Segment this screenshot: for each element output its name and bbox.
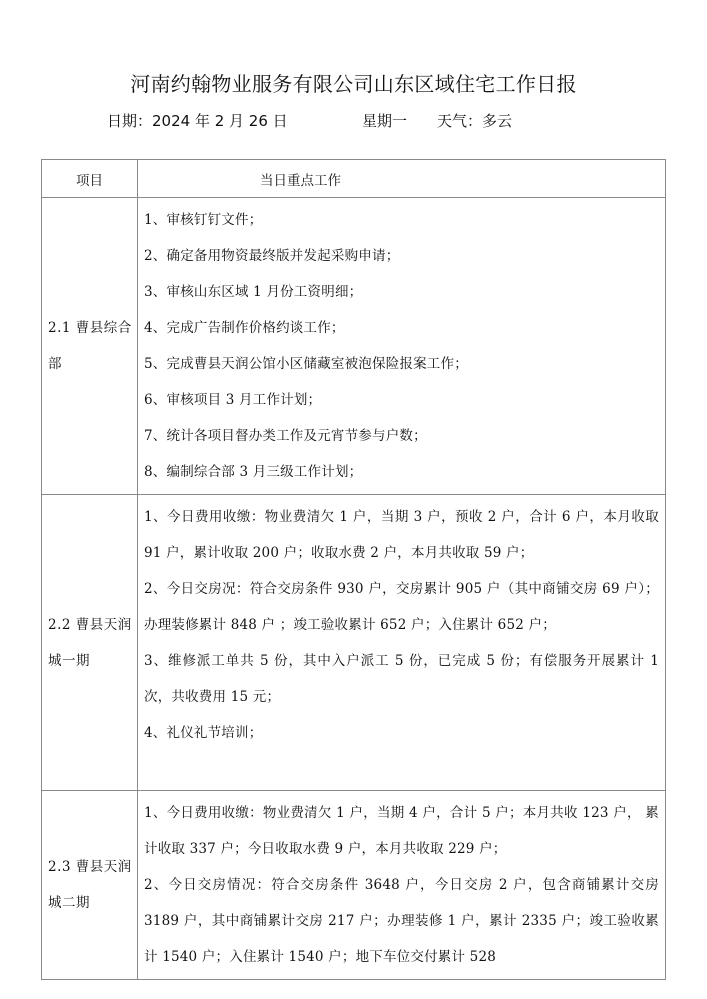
work-item: 1、今日费用收缴：物业费清欠 1 户，当期 4 户，合计 5 户；本月共收 12… bbox=[144, 795, 659, 867]
report-weather: 天气：多云 bbox=[437, 110, 512, 131]
work-item: 1、审核钉钉文件； bbox=[144, 202, 659, 238]
table-row: 2.1 曹县综合部 1、审核钉钉文件； 2、确定备用物资最终版并发起采购申请； … bbox=[42, 198, 666, 495]
report-date: 日期：2024 年 2 月 26 日 bbox=[107, 112, 288, 130]
project-name-cell: 2.2 曹县天润城一期 bbox=[42, 495, 138, 791]
column-header-work: 当日重点工作 bbox=[138, 160, 666, 198]
work-item: 4、礼仪礼节培训； bbox=[144, 715, 659, 751]
work-item: 2、今日交房况：符合交房条件 930 户，交房累计 905 户（其中商铺交房 6… bbox=[144, 571, 659, 643]
work-item: 3、审核山东区域 1 月份工资明细； bbox=[144, 274, 659, 310]
project-name-cell: 2.1 曹县综合部 bbox=[42, 198, 138, 495]
work-items-cell: 1、审核钉钉文件； 2、确定备用物资最终版并发起采购申请； 3、审核山东区域 1… bbox=[138, 198, 666, 495]
work-item: 1、今日费用收缴：物业费清欠 1 户，当期 3 户，预收 2 户，合计 6 户，… bbox=[144, 499, 659, 571]
work-item: 3、维修派工单共 5 份，其中入户派工 5 份，已完成 5 份；有偿服务开展累计… bbox=[144, 643, 659, 715]
table-row: 2.2 曹县天润城一期 1、今日费用收缴：物业费清欠 1 户，当期 3 户，预收… bbox=[42, 495, 666, 791]
table-row: 2.3 曹县天润城二期 1、今日费用收缴：物业费清欠 1 户，当期 4 户，合计… bbox=[42, 791, 666, 980]
work-items-cell: 1、今日费用收缴：物业费清欠 1 户，当期 4 户，合计 5 户；本月共收 12… bbox=[138, 791, 666, 980]
report-weekday: 星期一 bbox=[362, 110, 407, 131]
work-item: 6、审核项目 3 月工作计划； bbox=[144, 382, 659, 418]
work-item: 7、统计各项目督办类工作及元宵节参与户数； bbox=[144, 418, 659, 454]
daily-work-table: 项目 当日重点工作 2.1 曹县综合部 1、审核钉钉文件； 2、确定备用物资最终… bbox=[41, 159, 666, 980]
work-item: 4、完成广告制作价格约谈工作； bbox=[144, 310, 659, 346]
work-item: 5、完成曹县天润公馆小区储藏室被泡保险报案工作； bbox=[144, 346, 659, 382]
document-title: 河南约翰物业服务有限公司山东区域住宅工作日报 bbox=[0, 68, 707, 97]
work-item: 2、今日交房情况：符合交房条件 3648 户，今日交房 2 户，包含商铺累计交房… bbox=[144, 867, 659, 975]
report-meta-line: 日期：2024 年 2 月 26 日 星期一 天气：多云 bbox=[107, 110, 288, 131]
project-name-cell: 2.3 曹县天润城二期 bbox=[42, 791, 138, 980]
work-items-cell: 1、今日费用收缴：物业费清欠 1 户，当期 3 户，预收 2 户，合计 6 户，… bbox=[138, 495, 666, 791]
column-header-project: 项目 bbox=[42, 160, 138, 198]
work-item: 2、确定备用物资最终版并发起采购申请； bbox=[144, 238, 659, 274]
table-header-row: 项目 当日重点工作 bbox=[42, 160, 666, 198]
work-item: 8、编制综合部 3 月三级工作计划； bbox=[144, 454, 659, 490]
